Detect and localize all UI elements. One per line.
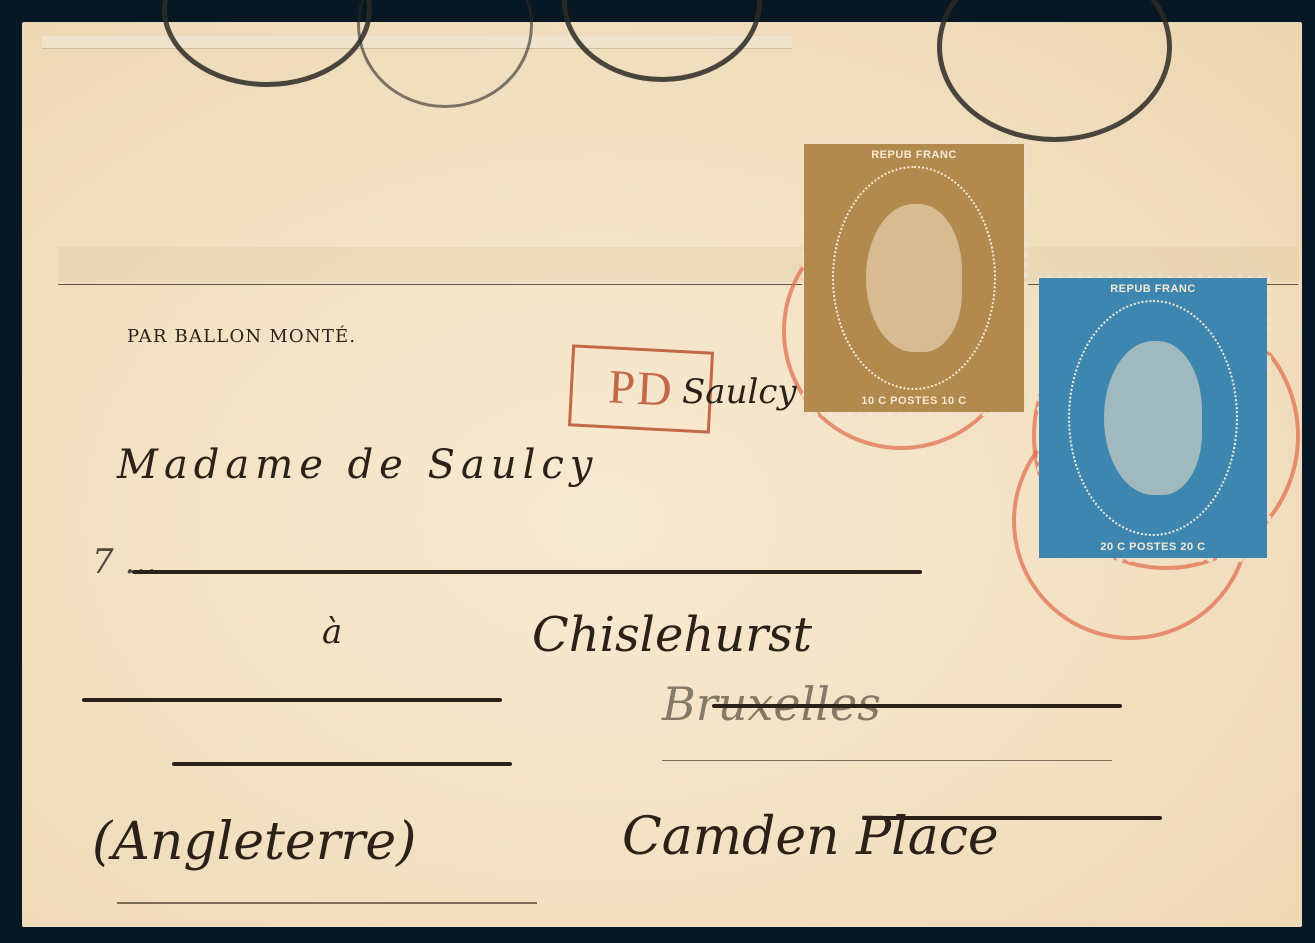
address-line-6: Camden Place: [622, 807, 999, 867]
printed-heading: PAR BALLON MONTÉ.: [127, 326, 356, 347]
stamp-20c-bottom-text: 20 C POSTES 20 C: [1041, 538, 1265, 556]
address-line-1: Madame de Saulcy: [117, 442, 598, 488]
ceres-head-icon: [866, 204, 961, 352]
address-line-4: Chislehurst: [532, 607, 812, 663]
stamp-10c: REPUB FRANC 10 C POSTES 10 C: [800, 140, 1028, 416]
stamp-10c-bottom-text: 10 C POSTES 10 C: [806, 392, 1022, 410]
strike-line: [712, 704, 1122, 708]
black-postmark-1: [162, 0, 372, 87]
strike-line: [132, 570, 922, 574]
postal-cover: PAR BALLON MONTÉ. PD REPUB FRANC 10 C PO…: [22, 22, 1302, 927]
strike-line: [82, 698, 502, 702]
rule-line: [662, 760, 1112, 761]
ceres-head-icon: [1104, 341, 1203, 496]
rule-line: [117, 902, 537, 904]
address-line-3: à: [322, 612, 342, 652]
stamp-20c: REPUB FRANC 20 C POSTES 20 C: [1035, 274, 1271, 562]
address-line-7: (Angleterre): [92, 812, 416, 872]
strike-line: [172, 762, 512, 766]
address-line-2: 7 ...: [92, 542, 157, 582]
redirect-name: Saulcy: [682, 372, 797, 412]
black-postmark-2: [357, 0, 533, 108]
stamp-20c-top-text: REPUB FRANC: [1041, 280, 1265, 298]
black-postmark-4: [937, 0, 1172, 142]
black-postmark-3: [562, 0, 762, 82]
stamp-10c-top-text: REPUB FRANC: [806, 146, 1022, 164]
